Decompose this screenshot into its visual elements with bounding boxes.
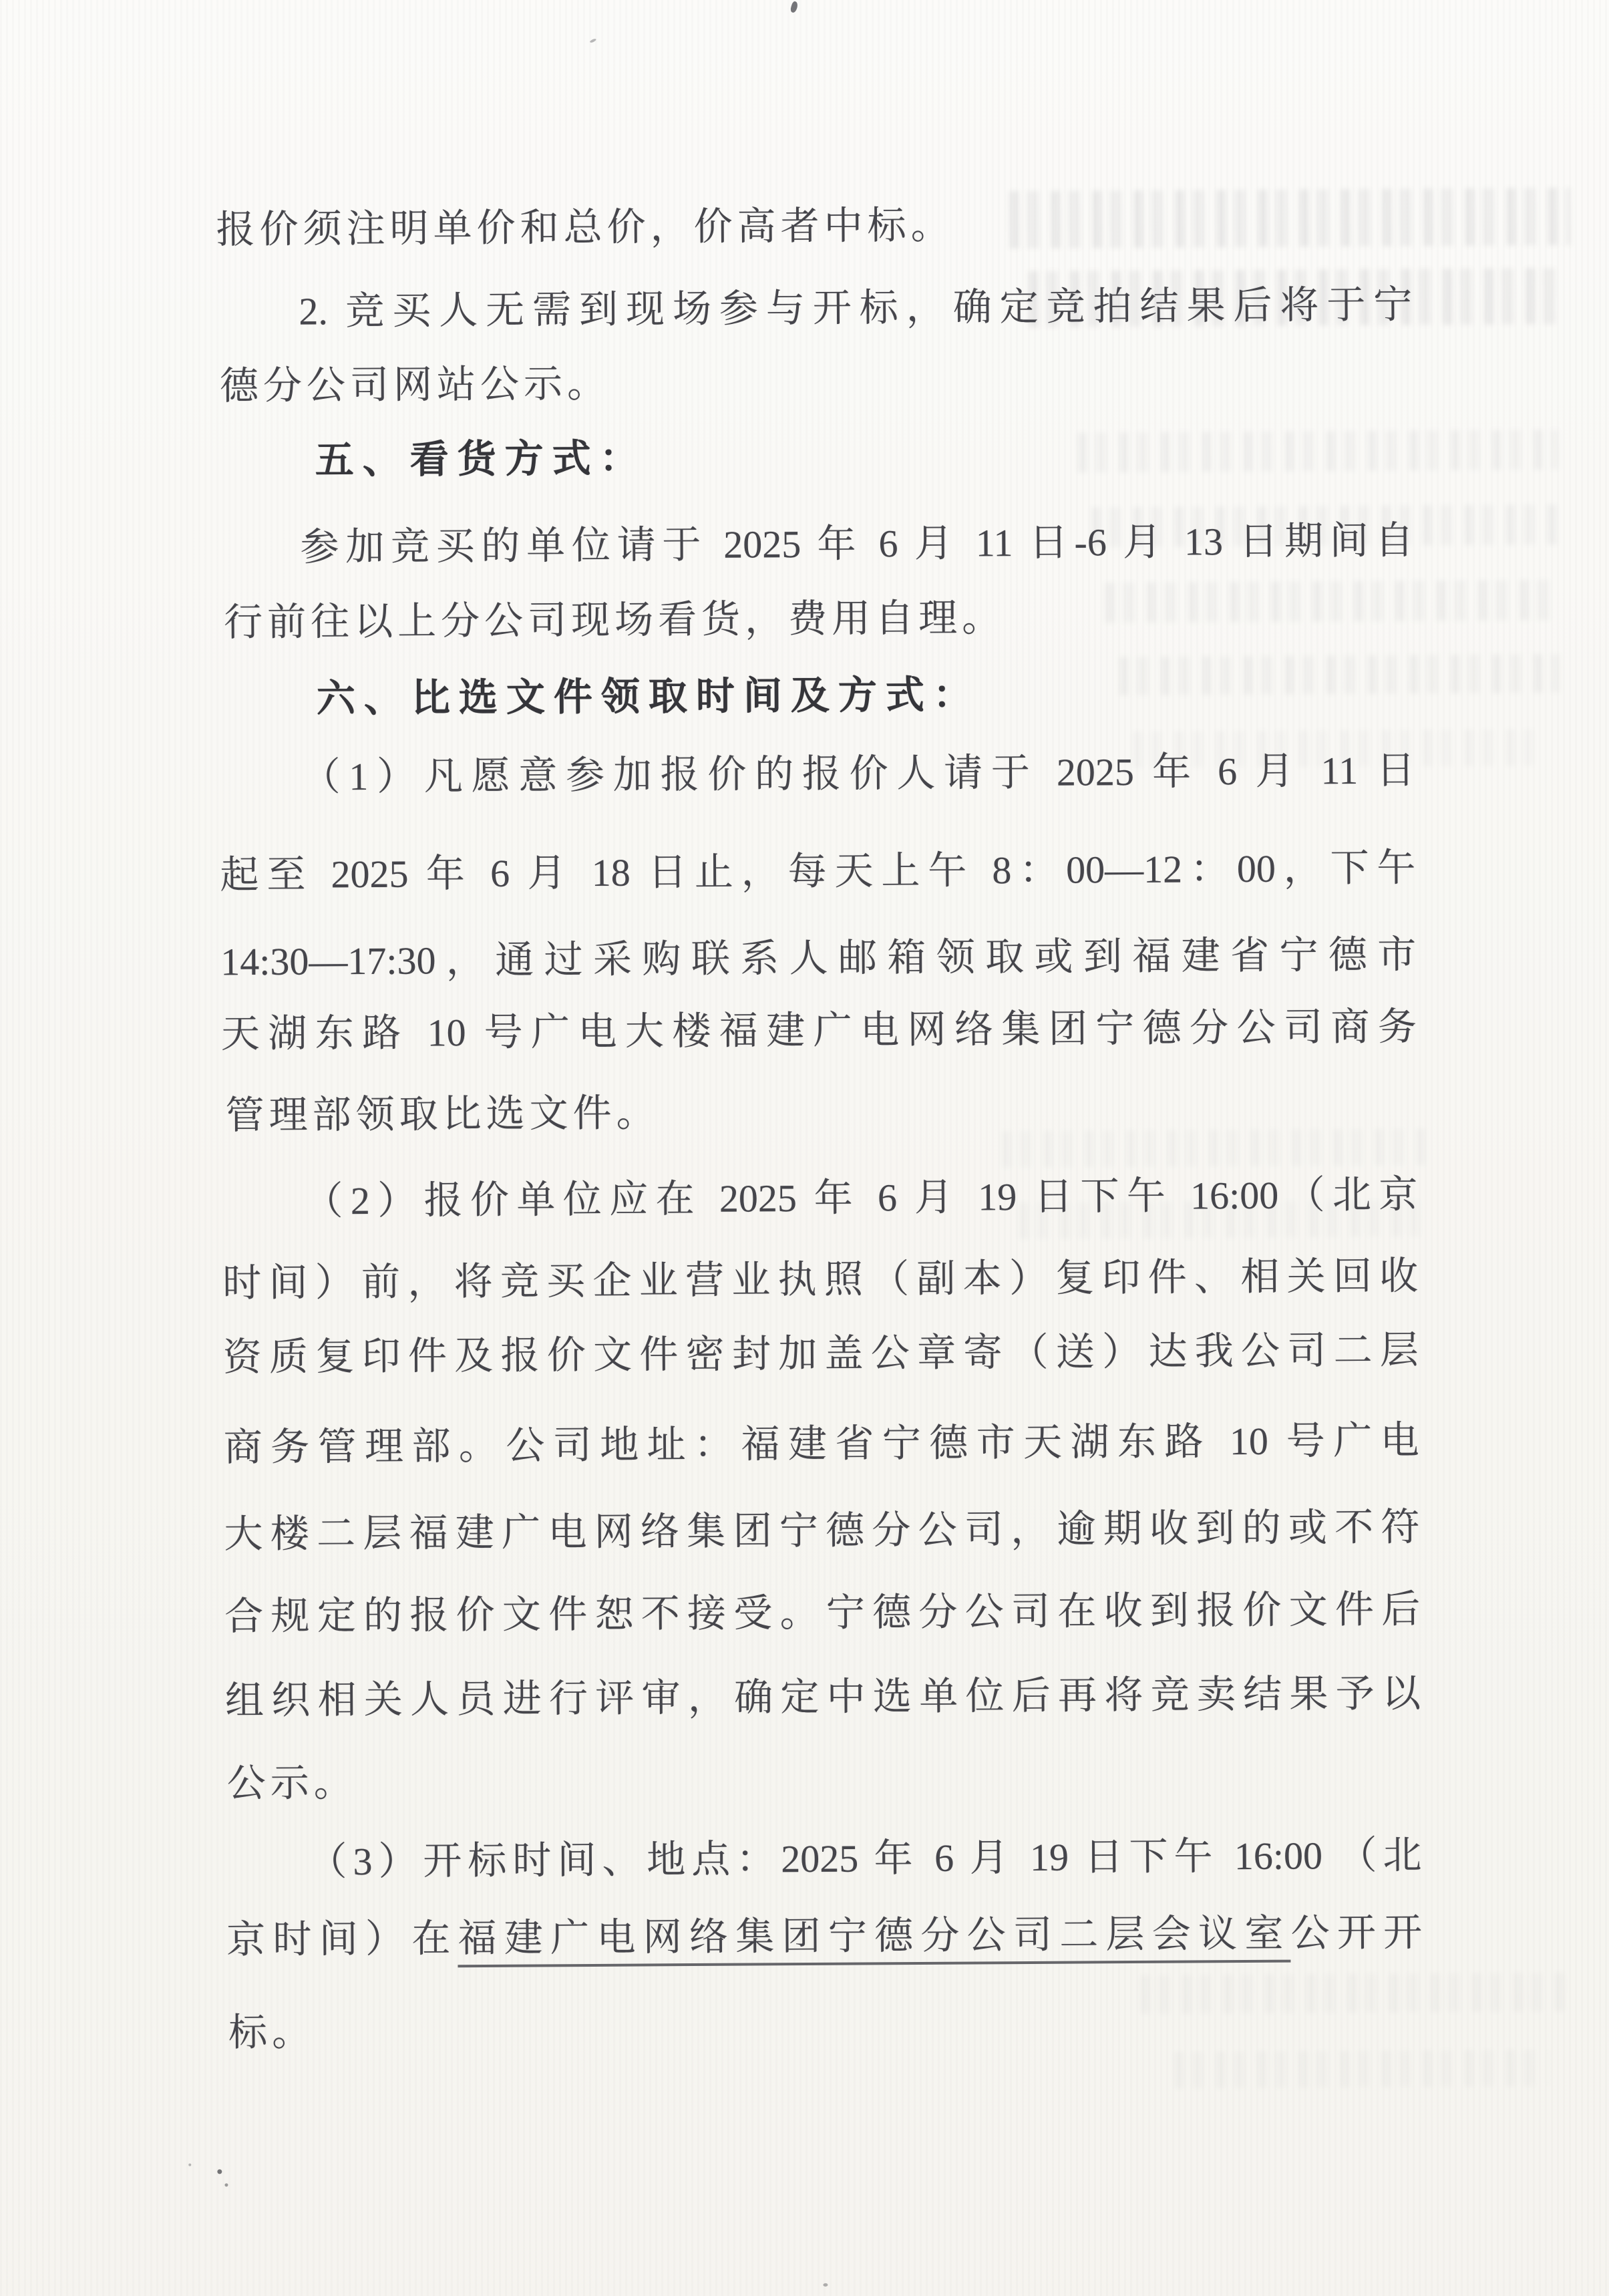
text-line-12: 管理部领取比选文件。 xyxy=(225,1088,659,1140)
text-line-9: 起至 2025 年 6 月 18 日止，每天上午 8：00—12：00，下午 xyxy=(220,843,1415,900)
text-line-6: 行前往以上分公司现场看货，费用自理。 xyxy=(224,593,1005,647)
text-line-5: 参加竞买的单位请于 2025 年 6 月 11 日-6 月 13 日期间自 xyxy=(300,516,1413,572)
text-line-22: 京时间）在福建广电网络集团宁德分公司二层会议室公开开 xyxy=(226,1908,1422,1965)
text-line-3: 德分公司网站公示。 xyxy=(220,359,610,412)
scan-speck xyxy=(217,2169,222,2174)
text-line-17: 大楼二层福建广电网络集团宁德分公司，逾期收到的或不符 xyxy=(224,1502,1419,1559)
text-line-15: 资质复印件及报价文件密封加盖公章寄（送）达我公司二层 xyxy=(223,1325,1419,1382)
text-line-1: 报价须注明单价和总价，价高者中标。 xyxy=(216,201,954,255)
text-line-16: 商务管理部。公司地址：福建省宁德市天湖东路 10 号广电 xyxy=(223,1416,1419,1472)
text-line-2: 2. 竞买人无需到现场参与开标，确定竞拍结果后将于宁 xyxy=(299,280,1412,336)
text-line-13: （2）报价单位应在 2025 年 6 月 19 日下午 16:00（北京 xyxy=(304,1170,1417,1226)
bleedthrough-artifact xyxy=(1009,188,1571,249)
scan-speck xyxy=(823,2283,828,2287)
bleedthrough-artifact xyxy=(1077,430,1558,472)
text-line-21: （3）开标时间、地点：2025 年 6 月 19 日下午 16:00 （北 xyxy=(308,1830,1421,1887)
page-content: 报价须注明单价和总价，价高者中标。 2. 竞买人无需到现场参与开标，确定竞拍结果… xyxy=(0,0,1609,2296)
scan-speck xyxy=(224,2183,228,2186)
text-line-18: 合规定的报价文件恕不接受。宁德分公司在收到报价文件后 xyxy=(224,1585,1420,1641)
line-22-prefix: 京时间）在 xyxy=(226,1917,458,1961)
text-line-8: （1）凡愿意参加报价的报价人请于 2025 年 6 月 11 日 xyxy=(301,746,1415,802)
text-line-10: 14:30—17:30，通过采购联系人邮箱领取或到福建省宁德市 xyxy=(220,930,1416,987)
scanned-page: 报价须注明单价和总价，价高者中标。 2. 竞买人无需到现场参与开标，确定竞拍结果… xyxy=(0,0,1609,2296)
bleedthrough-artifact xyxy=(1174,2049,1548,2088)
text-line-19: 组织相关人员进行评审，确定中选单位后再将竞卖结果予以 xyxy=(225,1669,1421,1726)
text-line-11: 天湖东路 10 号广电大楼福建广电网络集团宁德分公司商务 xyxy=(221,1002,1417,1059)
scan-speck xyxy=(589,38,596,43)
line-22-underlined-venue: 福建广电网络集团宁德分公司二层会议室 xyxy=(458,1912,1290,1968)
scan-speck xyxy=(789,1,799,13)
line-22-suffix: 公开开 xyxy=(1290,1911,1422,1955)
text-line-14: 时间）前，将竞买企业营业执照（副本）复印件、相关回收 xyxy=(222,1251,1418,1308)
text-line-23: 标。 xyxy=(228,2007,315,2058)
bleedthrough-artifact xyxy=(1002,1128,1429,1168)
section-heading-6: 六、比选文件领取时间及方式： xyxy=(317,670,980,723)
section-heading-5: 五、看货方式： xyxy=(315,434,647,485)
text-line-20: 公示。 xyxy=(227,1758,357,1808)
bleedthrough-artifact xyxy=(1119,654,1560,695)
bleedthrough-artifact xyxy=(1141,1973,1568,2014)
bleedthrough-artifact xyxy=(1105,580,1560,623)
scan-speck xyxy=(188,2164,191,2166)
